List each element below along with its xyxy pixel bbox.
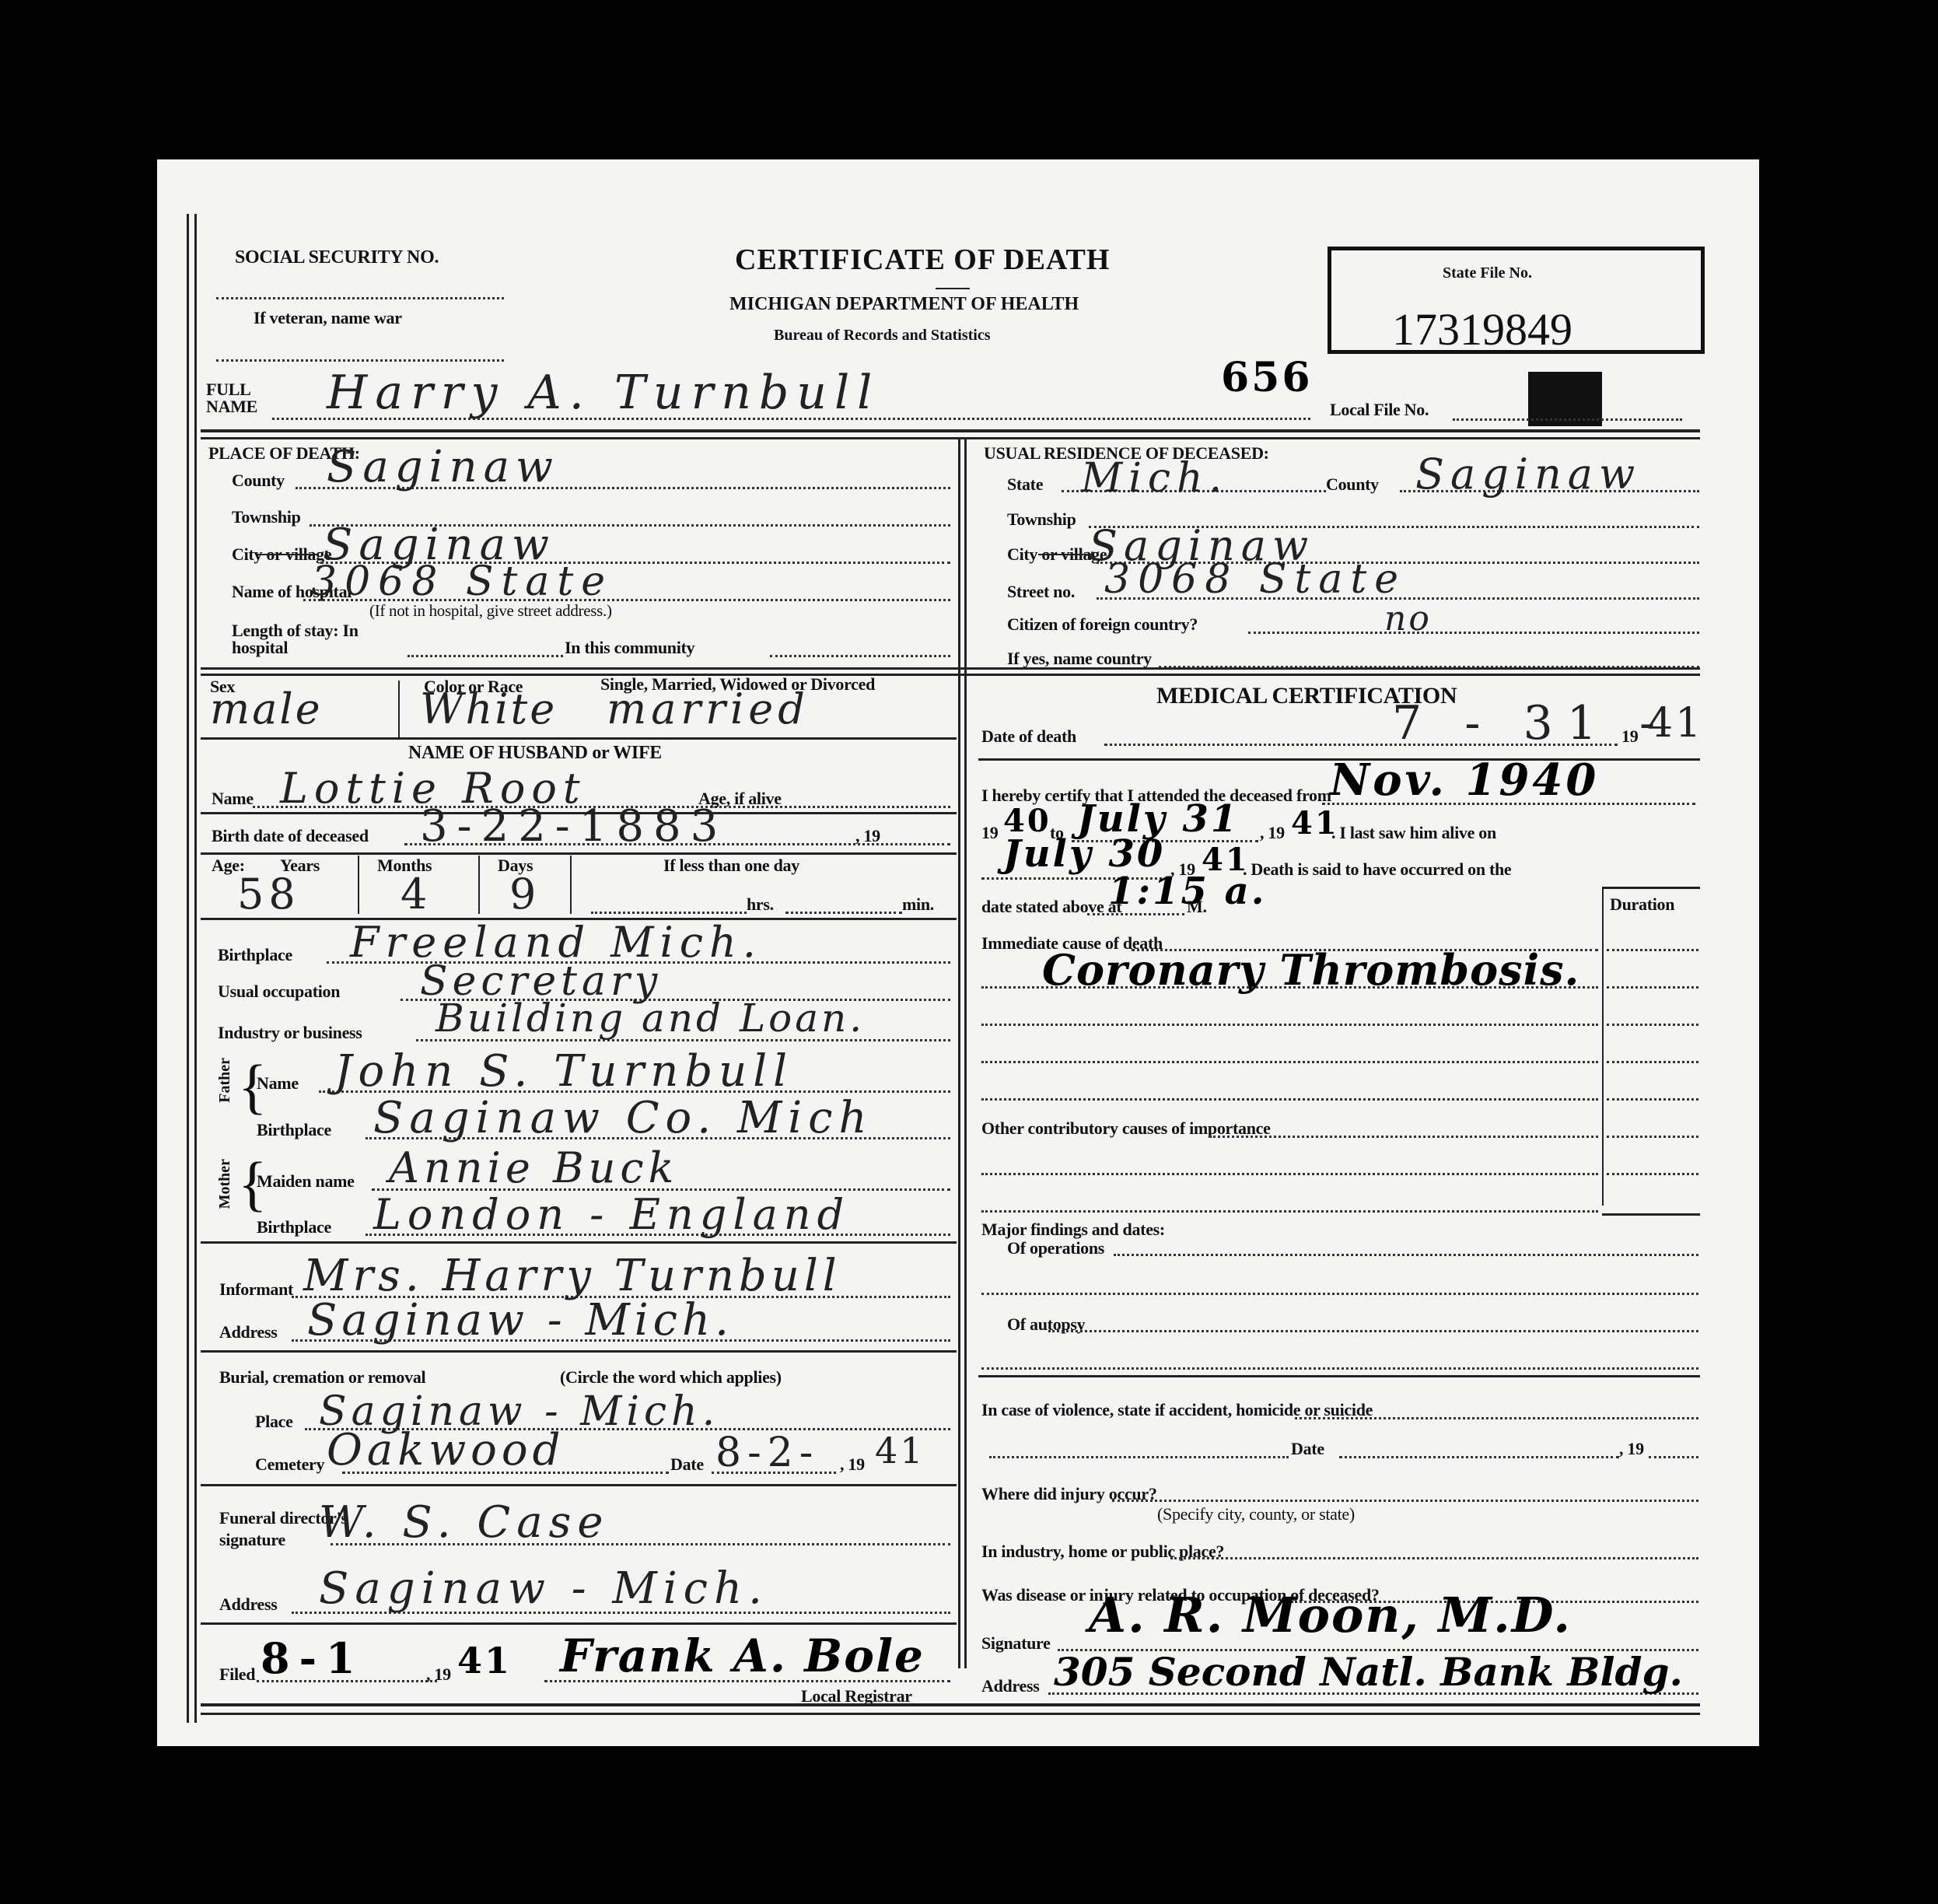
footer-rule xyxy=(201,1703,1700,1706)
res-citizen-label: Citizen of foreign country? xyxy=(1007,614,1198,635)
res-state-value: Mich. xyxy=(1081,455,1228,502)
violence-date-label: Date xyxy=(1291,1439,1324,1459)
death-occurred-text: . Death is said to have occurred on the xyxy=(1243,859,1511,880)
pod-hospital-note: (If not in hospital, give street address… xyxy=(369,601,612,621)
autopsy-field-2[interactable] xyxy=(981,1367,1698,1370)
pod-county-label: County xyxy=(232,471,285,491)
left-border-line xyxy=(187,214,189,1723)
burial-year-value: 41 xyxy=(875,1430,925,1472)
strikeout xyxy=(257,554,319,555)
section-rule-2 xyxy=(201,674,1700,676)
pod-township-label: Township xyxy=(232,507,301,527)
filed-year-prefix: , 19 xyxy=(426,1664,451,1685)
violence-year-prefix: , 19 xyxy=(1619,1439,1644,1459)
section-rule xyxy=(201,667,1700,670)
full-name-value: Harry A. Turnbull xyxy=(327,366,880,420)
filed-date-value: 8-1 xyxy=(261,1633,365,1683)
operations-field[interactable] xyxy=(1114,1254,1698,1256)
document-title: CERTIFICATE OF DEATH xyxy=(735,243,1110,277)
spouse-name-label: Name xyxy=(212,789,254,809)
duration-line-6[interactable] xyxy=(1607,1136,1698,1138)
last-saw-text: . I last saw him alive on xyxy=(1331,823,1496,843)
fd-address-label: Address xyxy=(219,1594,278,1615)
state-file-number: 17319849 xyxy=(1392,303,1572,355)
mother-birthplace-label: Birthplace xyxy=(257,1217,331,1237)
father-name-label: Name xyxy=(257,1073,299,1094)
date-of-death-label: Date of death xyxy=(981,726,1076,747)
burial-note: (Circle the word which applies) xyxy=(560,1367,782,1388)
from-year-prefix: 19 xyxy=(981,823,998,843)
age-months-value: 4 xyxy=(401,870,429,919)
col-divider xyxy=(478,856,480,914)
age-days-value: 9 xyxy=(509,870,538,919)
informant-value: Mrs. Harry Turnbull xyxy=(303,1251,841,1301)
father-label: Father xyxy=(216,1058,234,1103)
less-than-day-label: If less than one day xyxy=(663,856,799,876)
pod-hospital-value: 3068 State xyxy=(311,558,613,605)
father-birthplace-label: Birthplace xyxy=(257,1120,331,1140)
informant-label: Informant xyxy=(219,1279,293,1300)
header-rule xyxy=(201,429,1700,432)
duration-box-top xyxy=(1602,887,1700,889)
duration-box-left xyxy=(1602,887,1604,1206)
physician-address-value: 305 Second Natl. Bank Bldg. xyxy=(1054,1649,1683,1695)
informant-address-label: Address xyxy=(219,1322,278,1342)
col-divider xyxy=(398,681,400,739)
burial-label: Burial, cremation or removal xyxy=(219,1367,425,1388)
res-county-label: County xyxy=(1326,474,1379,495)
pod-length-hospital-field[interactable] xyxy=(408,655,563,657)
operations-field-2[interactable] xyxy=(981,1293,1698,1295)
dod-year-value: 41 xyxy=(1647,700,1703,747)
duration-line-2[interactable] xyxy=(1607,986,1698,989)
mother-maiden-value: Annie Buck xyxy=(389,1143,678,1192)
bureau-name: Bureau of Records and Statistics xyxy=(774,327,991,345)
injury-where-note: (Specify city, county, or state) xyxy=(1157,1504,1355,1524)
res-citizen-value: no xyxy=(1384,599,1432,639)
attended-from-value: Nov. 1940 xyxy=(1330,754,1599,806)
min-label: min. xyxy=(902,894,934,915)
burial-date-label: Date xyxy=(670,1454,704,1475)
res-township-label: Township xyxy=(1007,509,1076,530)
birthplace-label: Birthplace xyxy=(218,945,292,965)
res-county-value: Saginaw xyxy=(1415,450,1641,499)
mother-maiden-label: Maiden name xyxy=(257,1171,355,1192)
signature-label: Signature xyxy=(981,1633,1051,1654)
strikeout xyxy=(1038,554,1093,555)
major-findings-label: Major findings and dates: xyxy=(981,1220,1165,1240)
duration-line-3[interactable] xyxy=(1607,1024,1698,1026)
header-rule-2 xyxy=(201,437,1700,439)
left-border-line-inner xyxy=(194,214,197,1723)
department-name: MICHIGAN DEPARTMENT OF HEALTH xyxy=(729,294,1079,315)
occupation-label: Usual occupation xyxy=(218,982,340,1002)
footer-rule-2 xyxy=(201,1713,1700,1715)
center-divider-2 xyxy=(964,439,967,1668)
violence-year-field[interactable] xyxy=(1649,1456,1698,1458)
duration-line-7[interactable] xyxy=(1607,1173,1698,1175)
pod-length-label: Length of stay: In hospital xyxy=(232,622,411,656)
injury-place-field[interactable] xyxy=(1170,1557,1698,1559)
col-divider xyxy=(570,856,572,914)
hrs-label: hrs. xyxy=(747,894,774,915)
contributory-line-3[interactable] xyxy=(981,1210,1598,1213)
col-divider xyxy=(358,856,359,914)
social-security-field[interactable] xyxy=(216,297,504,299)
res-country-label: If yes, name country xyxy=(1007,649,1152,669)
registrar-signature: Frank A. Bole xyxy=(560,1629,925,1682)
cause-line-4[interactable] xyxy=(981,1061,1598,1063)
operations-label: Of operations xyxy=(1007,1238,1104,1258)
row-rule xyxy=(201,1350,957,1353)
cause-line-3[interactable] xyxy=(981,1024,1598,1026)
duration-box-bottom xyxy=(1602,1213,1700,1216)
cause-line-5[interactable] xyxy=(981,1098,1598,1101)
mother-birthplace-value: London - England xyxy=(373,1190,850,1239)
dod-year-prefix: 19 xyxy=(1621,726,1638,747)
burial-date-value: 8-2- xyxy=(715,1430,819,1476)
mother-label: Mother xyxy=(216,1159,234,1209)
center-divider xyxy=(958,439,960,1668)
row-rule xyxy=(201,852,957,855)
local-file-number: 656 xyxy=(1221,354,1313,401)
marital-value: married xyxy=(607,684,810,733)
local-file-field[interactable] xyxy=(1453,418,1682,421)
res-street-value: 3068 State xyxy=(1104,556,1406,603)
physician-signature: A. R. Moon, M.D. xyxy=(1089,1587,1572,1643)
local-file-label: Local File No. xyxy=(1330,400,1429,420)
violence-detail-field[interactable] xyxy=(989,1456,1289,1458)
filed-year-value: 41 xyxy=(457,1640,512,1682)
burial-place-label: Place xyxy=(255,1412,293,1432)
funeral-director-value: W. S. Case xyxy=(319,1497,609,1548)
row-rule xyxy=(978,1375,1700,1377)
father-birthplace-value: Saginaw Co. Mich xyxy=(373,1093,873,1143)
duration-label: Duration xyxy=(1610,894,1674,915)
spouse-header: NAME OF HUSBAND or WIFE xyxy=(408,743,662,764)
cemetery-value: Oakwood xyxy=(327,1425,565,1475)
race-value: White xyxy=(420,684,557,733)
fd-address-value: Saginaw - Mich. xyxy=(319,1563,768,1614)
hours-field[interactable] xyxy=(591,912,747,914)
pod-county-value: Saginaw xyxy=(327,442,559,492)
state-file-label: State File No. xyxy=(1443,264,1532,282)
contributory-line-2[interactable] xyxy=(981,1173,1598,1175)
father-name-value: John S. Turnbull xyxy=(334,1046,793,1097)
pod-community-label: In this community xyxy=(565,638,694,658)
minutes-field[interactable] xyxy=(785,912,902,914)
filed-label: Filed xyxy=(219,1664,255,1685)
row-rule xyxy=(201,1484,957,1486)
veteran-field[interactable] xyxy=(216,359,504,362)
res-street-label: Street no. xyxy=(1007,582,1075,602)
burial-year-prefix: , 19 xyxy=(840,1454,865,1475)
to-year-prefix: , 19 xyxy=(1260,823,1285,843)
time-field[interactable] xyxy=(1087,913,1184,915)
duration-line-5[interactable] xyxy=(1607,1098,1698,1101)
row-rule xyxy=(201,1622,957,1625)
informant-address-value: Saginaw - Mich. xyxy=(307,1295,733,1346)
autopsy-field[interactable] xyxy=(1048,1330,1698,1332)
injury-where-field[interactable] xyxy=(1112,1500,1698,1502)
sex-value: male xyxy=(210,684,323,733)
social-security-label: SOCIAL SECURITY NO. xyxy=(235,247,439,268)
violence-field[interactable] xyxy=(1295,1417,1698,1419)
physician-address-label: Address xyxy=(981,1676,1040,1696)
age-years-value: 58 xyxy=(237,870,300,919)
row-rule xyxy=(201,1241,957,1244)
industry-value: Building and Loan. xyxy=(436,996,865,1041)
res-citizen-field[interactable] xyxy=(1248,632,1699,634)
birth-date-value: 3-22-1883 xyxy=(420,801,727,852)
violence-date-field[interactable] xyxy=(1339,1456,1619,1458)
duration-line-4[interactable] xyxy=(1607,1061,1698,1063)
veteran-label: If veteran, name war xyxy=(254,308,402,328)
cause-line-2[interactable] xyxy=(981,986,1598,989)
birth-date-label: Birth date of deceased xyxy=(212,826,369,846)
full-name-label: FULL NAME xyxy=(206,381,261,415)
row-rule xyxy=(201,737,957,740)
res-state-label: State xyxy=(1007,474,1043,495)
contributory-line-1[interactable] xyxy=(1209,1136,1598,1138)
cemetery-label: Cemetery xyxy=(255,1454,324,1475)
birth-date-suffix: , 19 xyxy=(855,826,880,846)
title-divider xyxy=(936,288,970,289)
duration-line-1[interactable] xyxy=(1607,949,1698,951)
time-suffix: M. xyxy=(1187,897,1207,917)
pod-community-field[interactable] xyxy=(770,655,950,657)
industry-label: Industry or business xyxy=(218,1023,362,1043)
